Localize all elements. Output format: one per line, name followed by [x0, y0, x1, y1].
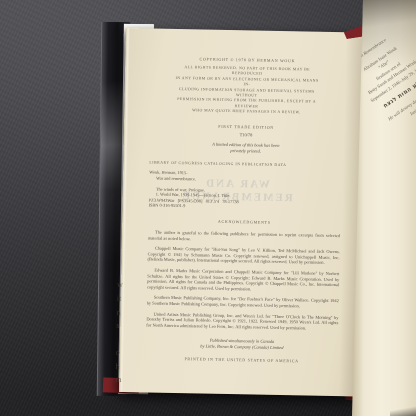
canada-imprint: Published simultaneously in Canada by Li… — [146, 337, 338, 352]
edition-line: FIRST TRADE EDITION — [150, 122, 342, 131]
acknowledgment-paragraph: United Artists Music Publishing Group, I… — [146, 311, 338, 331]
showthrough-letter: m — [115, 375, 121, 384]
showthrough-letter: o — [116, 348, 120, 357]
rights-reserved-block: ALL RIGHTS RESERVED. NO PART OF THIS BOO… — [172, 65, 321, 116]
lc-heading: LIBRARY OF CONGRESS CATALOGING IN PUBLIC… — [149, 161, 341, 169]
limited-edition-note: A limited edition of this book has been … — [150, 141, 342, 156]
showthrough-letter: h — [115, 362, 119, 371]
copyright-line: COPYRIGHT © 1978 BY HERMAN WOUK — [151, 55, 343, 64]
showthrough-letter: n — [116, 308, 120, 317]
printing-code: T10/78 — [150, 130, 342, 139]
acknowledgments-heading: ACKNOWLEDGMENTS — [148, 217, 340, 226]
copyright-text-column: COPYRIGHT © 1978 BY HERMAN WOUK ALL RIGH… — [146, 28, 344, 363]
showthrough-letter: s — [116, 321, 119, 330]
copyright-page: WAR AND REMEMBRANCE w it n s o h m COPYR… — [119, 28, 366, 397]
printed-in-line: PRINTED IN THE UNITED STATES OF AMERICA — [146, 355, 338, 364]
acknowledgment-paragraph: Southern Music Publishing Company, Inc. … — [147, 295, 339, 310]
acknowledgments-intro: The author is grateful to the following … — [148, 229, 340, 244]
dedication-page-turning: In Remembrance Abraham Isaac Wouk “Abe” … — [352, 0, 416, 416]
showthrough-letter: w — [117, 280, 123, 289]
lc-entry: Wouk, Herman, 1915- War and remembrance. — [149, 170, 341, 185]
showthrough-letter: it — [117, 294, 122, 303]
lc-details: The winds of war; Prologue. 1. World War… — [149, 186, 341, 212]
acknowledgment-paragraph: Edward B. Marks Music Corporation and Ch… — [147, 267, 339, 293]
acknowledgment-paragraph: Chappell Music Company for "Hut-Sut Song… — [148, 246, 340, 266]
